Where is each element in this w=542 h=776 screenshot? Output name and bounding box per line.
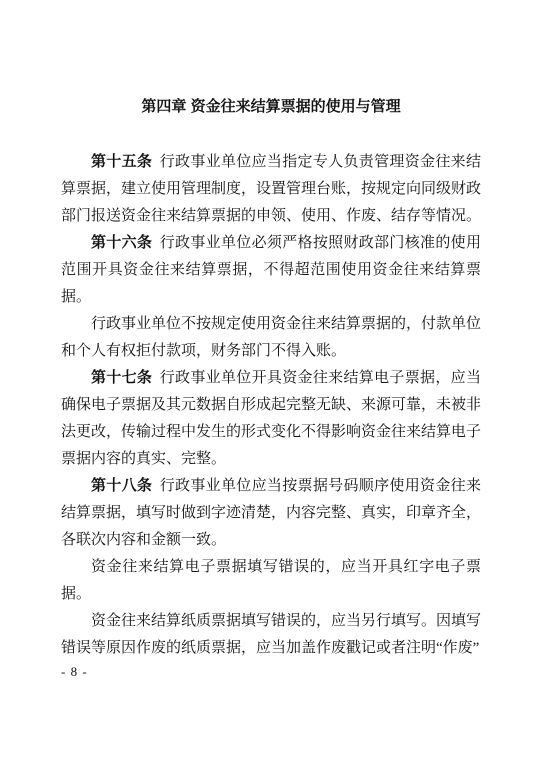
paragraph-article-15: 第十五条行政事业单位应当指定专人负责管理资金往来结算票据，建立使用管理制度，设置…: [61, 149, 481, 230]
paragraph-article-16: 第十六条行政事业单位必须严格按照财政部门核准的使用范围开具资金往来结算票据，不得…: [61, 230, 481, 311]
paragraph-article-17: 第十七条行政事业单位开具资金往来结算电子票据，应当确保电子票据及其元数据自形成起…: [61, 365, 481, 473]
paragraph-text: 资金往来结算电子票据填写错误的，应当开具红字电子票据。: [61, 559, 481, 602]
paragraph-text: 行政事业单位不按规定使用资金往来结算票据的，付款单位和个人有权拒付款项，财务部门…: [61, 316, 481, 359]
paragraph-article-18-clause-3: 资金往来结算纸质票据填写错误的，应当另行填写。因填写错误等原因作废的纸质票据，应…: [61, 608, 481, 662]
chapter-title: 第四章 资金往来结算票据的使用与管理: [61, 96, 481, 118]
article-number-17: 第十七条: [91, 370, 152, 386]
paragraph-text: 资金往来结算纸质票据填写错误的，应当另行填写。因填写错误等原因作废的纸质票据，应…: [61, 613, 481, 656]
document-page: 第四章 资金往来结算票据的使用与管理 第十五条行政事业单位应当指定专人负责管理资…: [0, 0, 542, 776]
text-block: 第四章 资金往来结算票据的使用与管理 第十五条行政事业单位应当指定专人负责管理资…: [61, 96, 481, 681]
article-number-16: 第十六条: [91, 235, 152, 251]
paragraph-article-16-clause-2: 行政事业单位不按规定使用资金往来结算票据的，付款单位和个人有权拒付款项，财务部门…: [61, 311, 481, 365]
paragraph-article-18-clause-2: 资金往来结算电子票据填写错误的，应当开具红字电子票据。: [61, 554, 481, 608]
article-number-15: 第十五条: [91, 154, 152, 170]
paragraph-article-18: 第十八条行政事业单位应当按票据号码顺序使用资金往来结算票据，填写时做到字迹清楚，…: [61, 473, 481, 554]
page-number: - 8 -: [61, 663, 481, 681]
article-number-18: 第十八条: [91, 478, 152, 494]
